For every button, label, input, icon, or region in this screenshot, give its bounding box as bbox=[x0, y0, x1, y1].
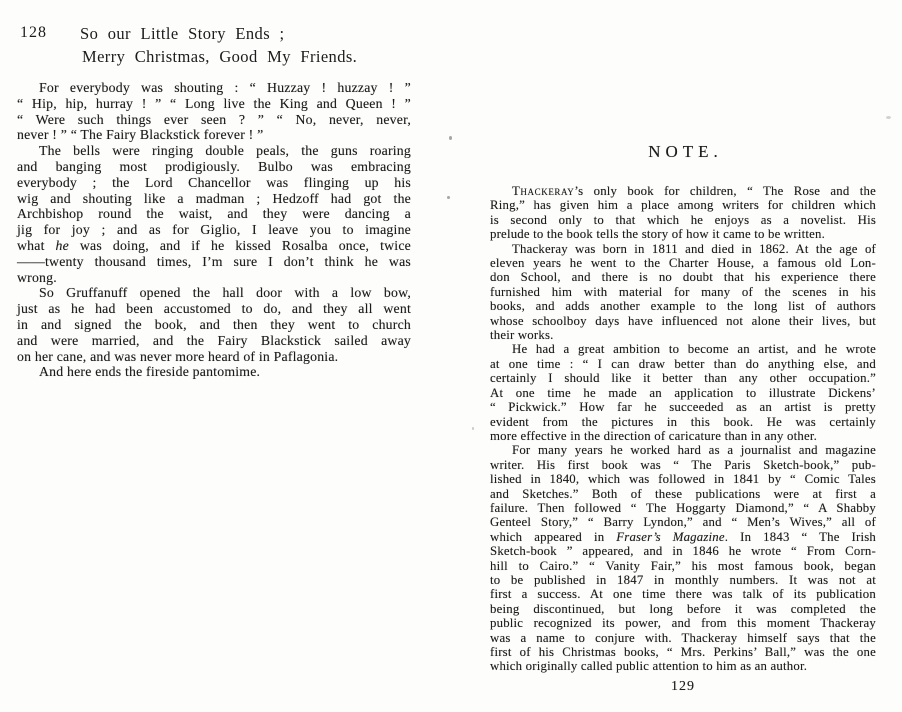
text-line: furnished him with material for many of … bbox=[490, 285, 876, 299]
text-line: first of his Christmas books, “ Mrs. Per… bbox=[490, 645, 876, 659]
text-line: and Sketches.” Both of these publication… bbox=[490, 487, 876, 501]
text-line: never ! ” “ The Fairy Blackstick forever… bbox=[17, 127, 411, 143]
note-heading: NOTE. bbox=[490, 142, 876, 162]
paragraph: He had a great ambition to become an art… bbox=[490, 342, 876, 443]
text-line: to be published in 1847 in monthly numbe… bbox=[490, 573, 876, 587]
text-line: which originally called public attention… bbox=[490, 659, 876, 673]
text-line: So Gruffanuff opened the hall door with … bbox=[17, 285, 411, 301]
scan-speck bbox=[449, 136, 452, 140]
text-line: is second only to that which he enjoys a… bbox=[490, 213, 876, 227]
text-line: in and signed the book, and then they we… bbox=[17, 317, 411, 333]
text-line: books, and adds another example to the l… bbox=[490, 299, 876, 313]
text-line: For everybody was shouting : “ Huzzay ! … bbox=[17, 80, 411, 96]
paragraph: Thackeray’s only book for children, “ Th… bbox=[490, 184, 876, 242]
running-title-line: So our Little Story Ends ; bbox=[80, 22, 411, 45]
text-line: Sketch-book ” appeared, and in 1846 he w… bbox=[490, 544, 876, 558]
paragraph: The bells were ringing double peals, the… bbox=[17, 143, 411, 285]
text-line: Thackeray was born in 1811 and died in 1… bbox=[490, 242, 876, 256]
text-line: everybody ; the Lord Chancellor was flin… bbox=[17, 175, 411, 191]
text-line: Ring,” has given him a place among write… bbox=[490, 198, 876, 212]
book-spread: 128 So our Little Story Ends ; Merry Chr… bbox=[0, 0, 902, 712]
running-title: So our Little Story Ends ; Merry Christm… bbox=[80, 22, 411, 68]
text-line: don School, and there is no doubt that h… bbox=[490, 270, 876, 284]
text-line: certainly I should like it better than a… bbox=[490, 371, 876, 385]
text-line: For many years he worked hard as a journ… bbox=[490, 443, 876, 457]
left-page-header: 128 So our Little Story Ends ; Merry Chr… bbox=[17, 22, 411, 68]
scan-speck bbox=[447, 196, 450, 199]
text-line: lished in 1840, which was followed in 18… bbox=[490, 472, 876, 486]
text-line: prelude to the book tells the story of h… bbox=[490, 227, 876, 241]
text-line: eleven years he went to the Charter Hous… bbox=[490, 256, 876, 270]
scan-speck bbox=[886, 116, 891, 119]
text-line: whose schoolboy days have influenced not… bbox=[490, 314, 876, 328]
text-line: which appeared in Fraser’s Magazine. In … bbox=[490, 530, 876, 544]
running-title-line: Merry Christmas, Good My Friends. bbox=[80, 45, 411, 68]
text-line: and banging most prodigiously. Bulbo was… bbox=[17, 159, 411, 175]
scan-speck bbox=[472, 427, 474, 430]
left-page-text: For everybody was shouting : “ Huzzay ! … bbox=[17, 80, 411, 380]
text-line: evident from the pictures in this book. … bbox=[490, 415, 876, 429]
text-line: first a success. At one time there was t… bbox=[490, 587, 876, 601]
text-line: Genteel Story,” “ Barry Lyndon,” and “ M… bbox=[490, 515, 876, 529]
text-line: being discontinued, but long before it w… bbox=[490, 602, 876, 616]
text-line: Archbishop round the waist, and they wer… bbox=[17, 206, 411, 222]
text-line: failure. Then followed “ The Hoggarty Di… bbox=[490, 501, 876, 515]
paragraph: And here ends the fireside pantomime. bbox=[17, 364, 411, 380]
text-line: “ Hip, hip, hurray ! ” “ Long live the K… bbox=[17, 96, 411, 112]
text-line: And here ends the fireside pantomime. bbox=[17, 364, 411, 380]
text-line: He had a great ambition to become an art… bbox=[490, 342, 876, 356]
text-line: “ Were such things ever seen ? ” “ No, n… bbox=[17, 112, 411, 128]
text-line: and were married, and the Fairy Blacksti… bbox=[17, 333, 411, 349]
right-page-text: Thackeray’s only book for children, “ Th… bbox=[490, 184, 876, 674]
paragraph: So Gruffanuff opened the hall door with … bbox=[17, 285, 411, 364]
text-line: wrong. bbox=[17, 270, 411, 286]
text-line: more effective in the direction of caric… bbox=[490, 429, 876, 443]
text-line: writer. His first book was “ The Paris S… bbox=[490, 458, 876, 472]
paragraph: For many years he worked hard as a journ… bbox=[490, 443, 876, 674]
left-page: 128 So our Little Story Ends ; Merry Chr… bbox=[17, 22, 411, 380]
text-line: Thackeray’s only book for children, “ Th… bbox=[490, 184, 876, 198]
right-page-number: 129 bbox=[490, 679, 876, 695]
text-line: hill to Cairo.” “ Vanity Fair,” his most… bbox=[490, 559, 876, 573]
text-line: wig and shouting like a madman ; Hedzoff… bbox=[17, 191, 411, 207]
text-line: ——twenty thousand times, I’m sure I don’… bbox=[17, 254, 411, 270]
text-line: their works. bbox=[490, 328, 876, 342]
paragraph: Thackeray was born in 1811 and died in 1… bbox=[490, 242, 876, 343]
text-line: just as he had been accustomed to do, an… bbox=[17, 301, 411, 317]
text-line: was a name to conjure with. Thackeray hi… bbox=[490, 631, 876, 645]
text-line: “ Pickwick.” How far he succeeded as an … bbox=[490, 400, 876, 414]
right-page: NOTE. Thackeray’s only book for children… bbox=[490, 142, 876, 695]
text-line: public recognized its power, and from th… bbox=[490, 616, 876, 630]
text-line: on her cane, and was never more heard of… bbox=[17, 349, 411, 365]
text-line: At one time he made an application to il… bbox=[490, 386, 876, 400]
text-line: The bells were ringing double peals, the… bbox=[17, 143, 411, 159]
text-line: what he was doing, and if he kissed Rosa… bbox=[17, 238, 411, 254]
text-line: jig for joy ; and as for Giglio, I leave… bbox=[17, 222, 411, 238]
left-page-number: 128 bbox=[17, 22, 80, 42]
paragraph: For everybody was shouting : “ Huzzay ! … bbox=[17, 80, 411, 143]
text-line: at one time : “ I can draw better than d… bbox=[490, 357, 876, 371]
